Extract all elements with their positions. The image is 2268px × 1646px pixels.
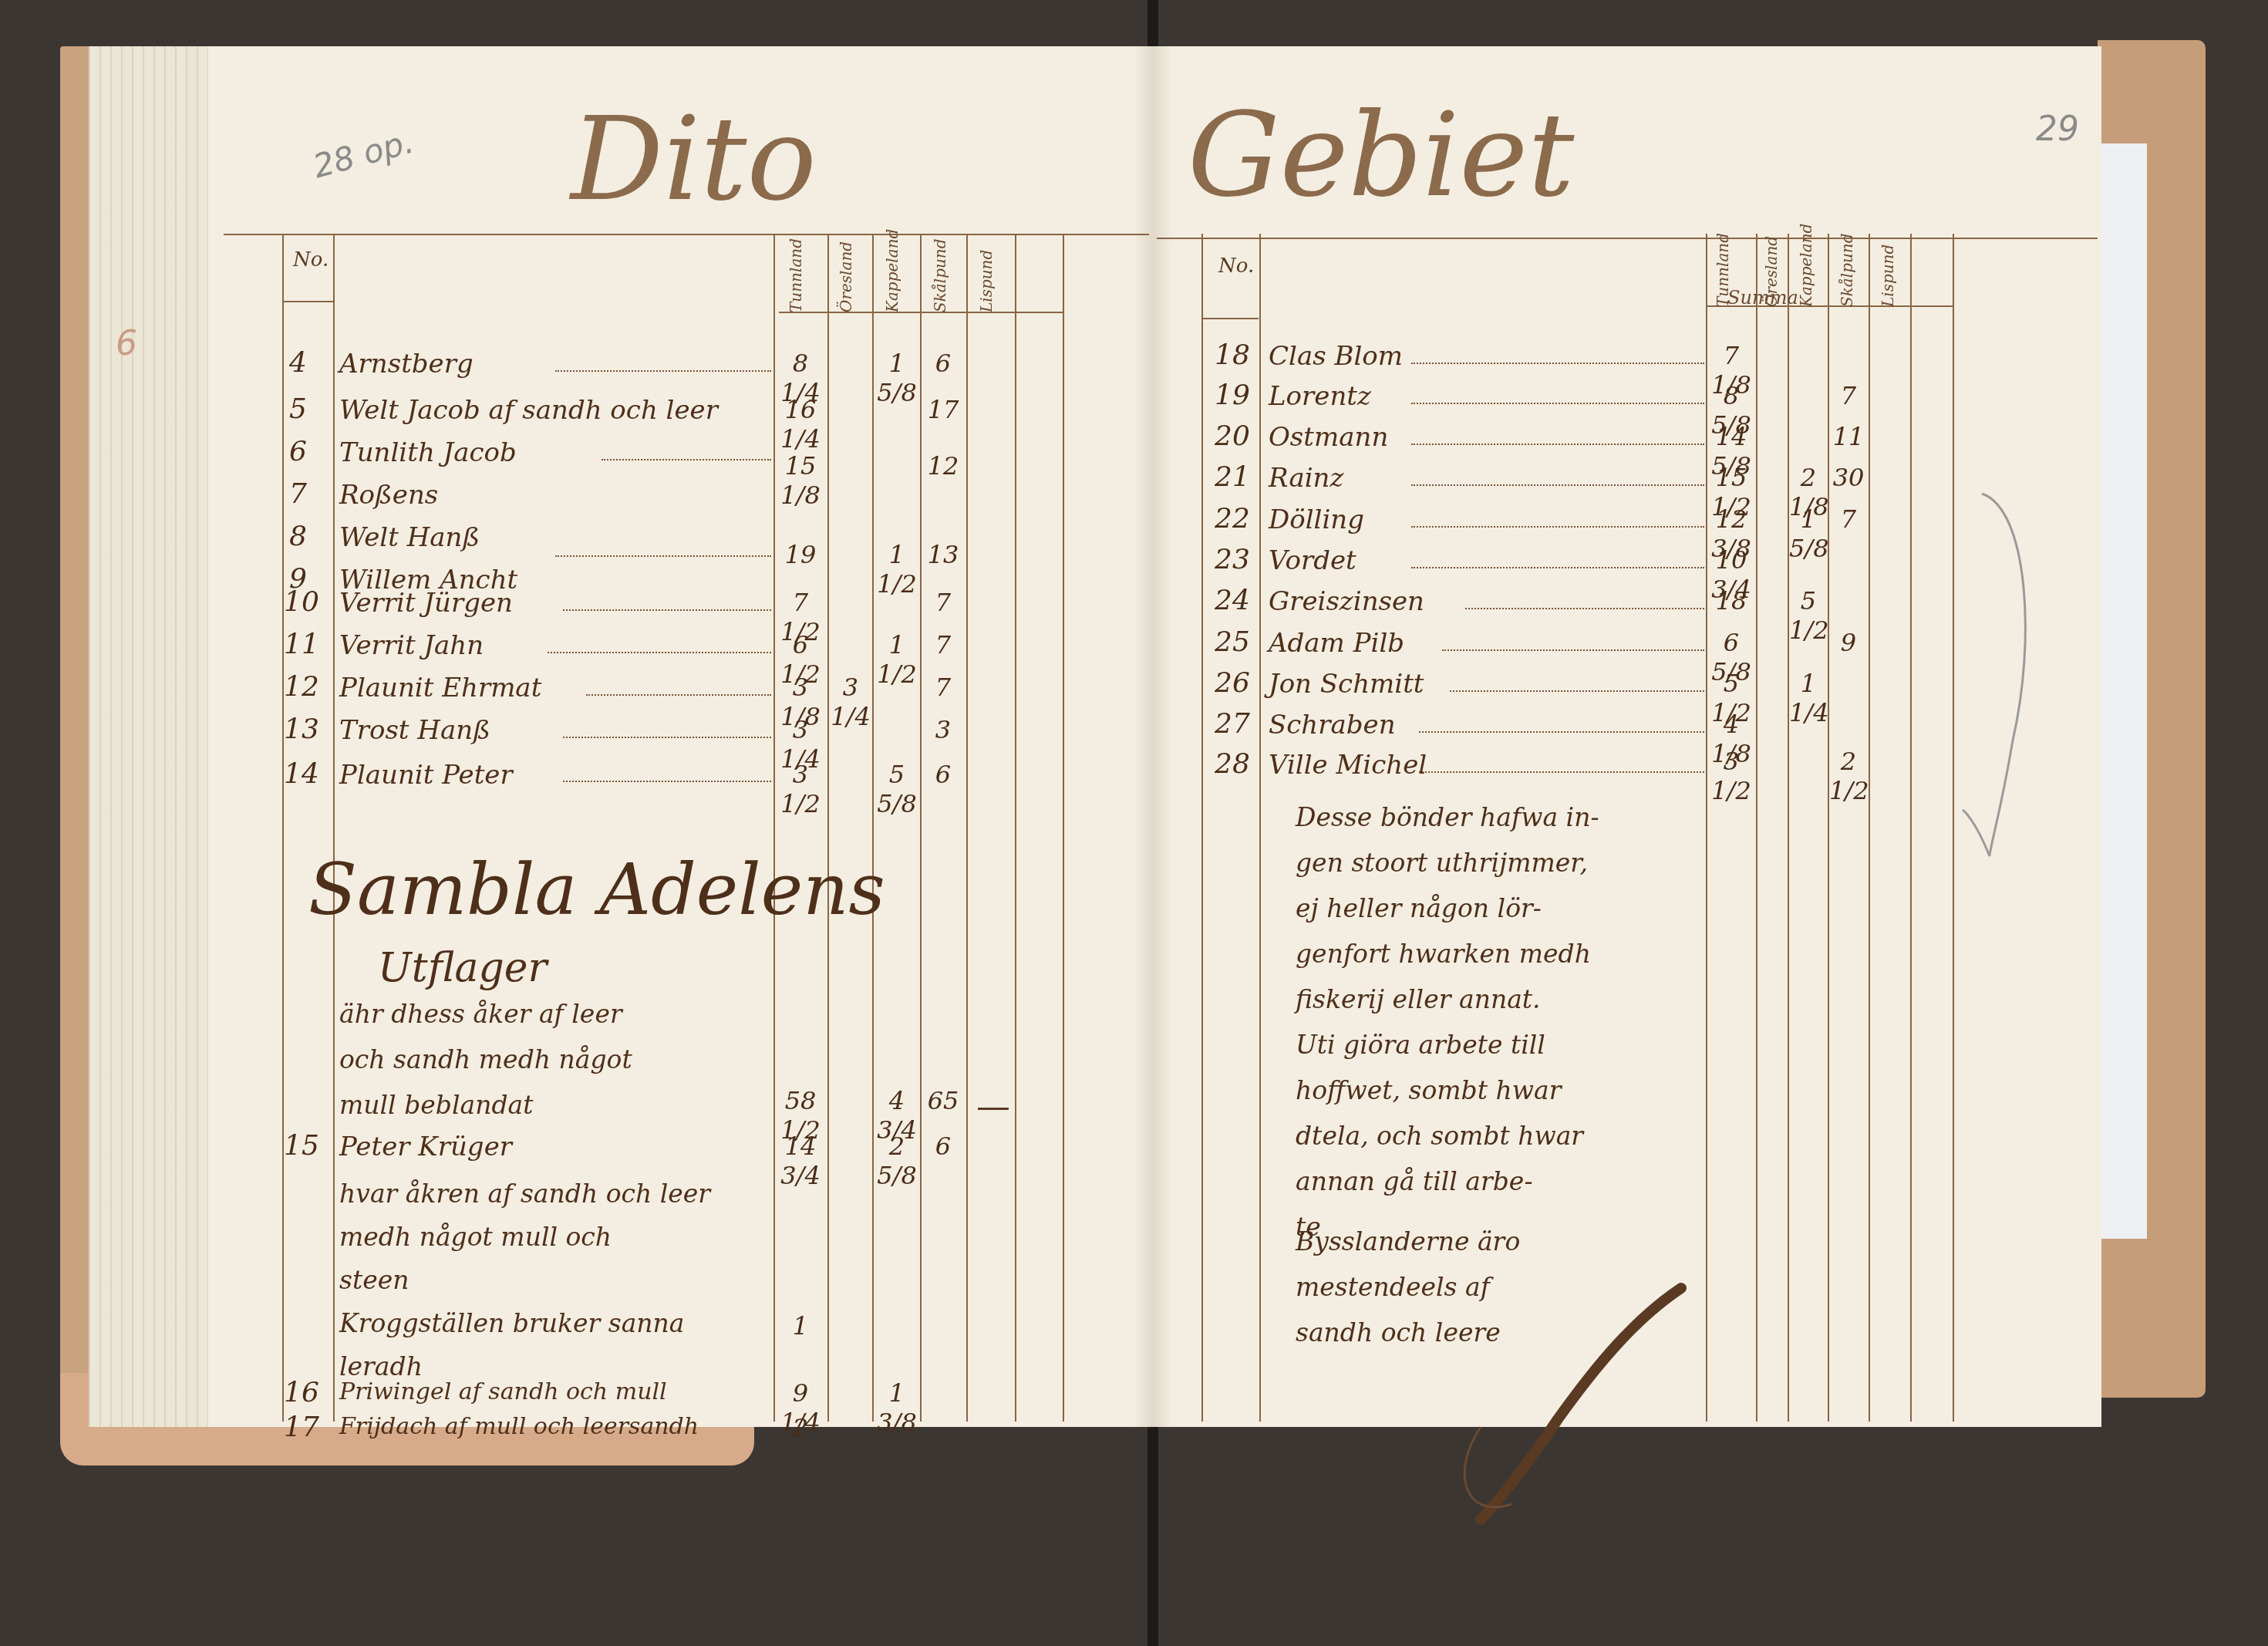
leader-line bbox=[555, 555, 771, 557]
left-col-header: Tunnland bbox=[787, 243, 805, 312]
entry-value: 2 1/2 bbox=[1829, 747, 1868, 805]
entry-name: Welt Jacob af sandh och leer bbox=[339, 395, 718, 426]
entry-value: 1 1/2 bbox=[874, 630, 920, 689]
leader-line bbox=[1419, 771, 1704, 773]
entry-value: 11 bbox=[1829, 422, 1868, 451]
leader-line bbox=[563, 737, 771, 738]
entry-name: Jon Schmitt bbox=[1269, 669, 1424, 700]
entry-number: 21 bbox=[1215, 461, 1250, 493]
entry-value: 6 bbox=[920, 1132, 966, 1161]
leader-line bbox=[1411, 526, 1704, 528]
leader-line bbox=[555, 370, 771, 372]
entry-value: 1 5/8 bbox=[1789, 504, 1828, 563]
entry-number: 22 bbox=[1215, 503, 1250, 535]
entry-name: Clas Blom bbox=[1269, 341, 1403, 372]
entry-name: Tunlith Jacob bbox=[339, 437, 517, 468]
entry-name: Vordet bbox=[1269, 545, 1356, 576]
entry-value: 5 1/2 bbox=[1789, 586, 1828, 645]
left-no-header: No. bbox=[293, 248, 329, 272]
section-total: 65 bbox=[920, 1086, 966, 1115]
entry-number: 6 bbox=[289, 436, 307, 467]
entry-value: 30 bbox=[1829, 463, 1868, 492]
entry-number: 28 bbox=[1215, 748, 1250, 780]
entry-name: Priwingel af sandh och mull bbox=[339, 1378, 667, 1405]
entry-value: 17 bbox=[920, 395, 966, 424]
entry-value: 1 1/4 bbox=[1789, 669, 1828, 727]
entry-value: 2 bbox=[775, 1413, 826, 1442]
entry-note: hvar åkren af sandh och leer medh något … bbox=[339, 1172, 710, 1388]
right-col-divider bbox=[1828, 234, 1829, 1422]
heading-left: Dito bbox=[571, 93, 817, 227]
entry-number: 18 bbox=[1215, 339, 1250, 371]
entry-number: 20 bbox=[1215, 420, 1250, 452]
left-col-header: Kappeland bbox=[883, 243, 901, 312]
left-col-header: Skålpund bbox=[931, 243, 949, 312]
entry-number: 5 bbox=[289, 393, 307, 425]
leader-line bbox=[548, 652, 771, 653]
entry-name: Plaunit Peter bbox=[339, 760, 513, 791]
entry-name: Adam Pilb bbox=[1269, 628, 1404, 659]
entry-name: Schraben bbox=[1269, 710, 1396, 740]
left-col-divider bbox=[872, 234, 874, 1422]
leader-line bbox=[1411, 444, 1704, 445]
page-stack bbox=[89, 46, 220, 1427]
entry-name: Greiszinsen bbox=[1269, 586, 1424, 617]
entry-number: 12 bbox=[284, 671, 319, 703]
left-col-divider bbox=[1015, 234, 1016, 1422]
heading-right: Gebiet bbox=[1188, 89, 1575, 223]
entry-value: 1 3/8 bbox=[874, 1378, 920, 1437]
entry-number: 19 bbox=[1215, 379, 1250, 411]
entry-value: 7 bbox=[1829, 504, 1868, 534]
entry-value: 3 bbox=[920, 715, 966, 744]
entry-number: 4 bbox=[289, 347, 307, 379]
entry-value: 2 5/8 bbox=[874, 1132, 920, 1190]
entry-number: 17 bbox=[284, 1412, 319, 1443]
entry-name: Trost Hanß bbox=[339, 715, 490, 746]
entry-name: Verrit Jahn bbox=[339, 630, 484, 661]
left-subheader-rule bbox=[779, 312, 1064, 313]
entry-number: 14 bbox=[284, 758, 319, 790]
pencil-flourish bbox=[1959, 486, 2051, 887]
right-col-divider bbox=[1788, 234, 1789, 1422]
summa-label: Summa bbox=[1727, 287, 1798, 309]
leader-line bbox=[563, 781, 771, 782]
section-description: ähr dhess åker af leer och sandh medh nå… bbox=[339, 991, 632, 1128]
entry-number: 26 bbox=[1215, 667, 1250, 699]
leader-line bbox=[563, 609, 771, 611]
entry-number: 10 bbox=[284, 586, 319, 618]
entry-name: Roßens bbox=[339, 480, 438, 511]
entry-name: Peter Krüger bbox=[339, 1132, 512, 1162]
right-col-divider bbox=[1910, 234, 1912, 1422]
leader-line bbox=[1411, 567, 1704, 568]
entry-name: Frijdach af mull och leersandh bbox=[339, 1413, 699, 1440]
left-col-header: Öresland bbox=[837, 243, 855, 312]
entry-value: 7 bbox=[920, 630, 966, 659]
entry-number: 24 bbox=[1215, 585, 1250, 616]
entry-value: 19 bbox=[775, 540, 826, 569]
leader-line bbox=[586, 694, 771, 696]
right-no-rule bbox=[1203, 318, 1259, 319]
entry-number: 15 bbox=[284, 1130, 319, 1162]
entry-number: 23 bbox=[1215, 544, 1250, 575]
right-col-divider bbox=[1259, 234, 1261, 1422]
entry-value: 9 bbox=[1829, 628, 1868, 657]
entry-number: 13 bbox=[284, 713, 319, 745]
leader-line bbox=[602, 459, 771, 460]
entry-value: 5 5/8 bbox=[874, 760, 920, 818]
entry-value: 7 bbox=[1829, 381, 1868, 410]
entry-value: 1 1/2 bbox=[874, 540, 920, 599]
entry-number: 8 bbox=[289, 521, 307, 552]
section-title: Sambla Adelens bbox=[308, 848, 885, 931]
entry-name: Ville Michel bbox=[1269, 750, 1427, 781]
leader-line bbox=[1450, 690, 1704, 692]
entry-value: 3 1/4 bbox=[829, 673, 872, 731]
leader-line bbox=[1465, 608, 1704, 609]
right-col-divider bbox=[1869, 234, 1870, 1422]
right-no-header: No. bbox=[1218, 255, 1254, 278]
entry-name: Dölling bbox=[1269, 504, 1364, 535]
left-col-divider bbox=[333, 234, 335, 1422]
left-col-divider bbox=[966, 234, 968, 1422]
notes-paragraph: Desse bönder hafwa in- gen stoort uthrij… bbox=[1296, 794, 1599, 1250]
entry-value: 6 bbox=[920, 760, 966, 789]
right-col-divider bbox=[1201, 234, 1203, 1422]
entry-name: Welt Hanß bbox=[339, 522, 480, 553]
right-header-rule bbox=[1157, 238, 2098, 239]
entry-value: 16 1/4 bbox=[775, 395, 826, 454]
entry-value: 3 1/2 bbox=[775, 760, 826, 818]
entry-name: Lorentz bbox=[1269, 381, 1371, 412]
left-col-divider bbox=[282, 234, 284, 1422]
entry-value: 7 bbox=[920, 588, 966, 617]
right-col-header: Kappeland bbox=[1797, 245, 1815, 307]
pencil-folio-right: 29 bbox=[2036, 110, 2079, 149]
entry-value: 7 bbox=[920, 673, 966, 702]
paper-slip bbox=[2099, 143, 2147, 1239]
entry-value: 12 bbox=[920, 451, 966, 481]
entry-value: 6 bbox=[920, 349, 966, 378]
pencil-margin-number: 6 bbox=[116, 324, 137, 363]
entry-name: Rainz bbox=[1269, 463, 1343, 494]
book-spine bbox=[1147, 0, 1158, 46]
right-col-header: Lispund bbox=[1879, 245, 1897, 307]
leader-line bbox=[1419, 731, 1704, 733]
left-col-header: Lispund bbox=[977, 243, 996, 312]
leader-line bbox=[1411, 484, 1704, 486]
gutter-shadow bbox=[1134, 46, 1172, 1427]
entry-value: 13 bbox=[920, 540, 966, 569]
entry-name: Ostmann bbox=[1269, 422, 1388, 453]
book-spine-bottom bbox=[1147, 1427, 1158, 1646]
closing-flourish bbox=[1404, 1273, 1712, 1527]
left-no-rule bbox=[284, 301, 333, 302]
left-header-rule bbox=[224, 234, 1149, 235]
entry-number: 25 bbox=[1215, 626, 1250, 658]
entry-subvalue: 1 bbox=[775, 1311, 826, 1341]
entry-number: 27 bbox=[1215, 708, 1250, 740]
entry-value: 14 3/4 bbox=[775, 1132, 826, 1190]
right-col-divider bbox=[1756, 234, 1757, 1422]
entry-number: 16 bbox=[284, 1377, 319, 1408]
leader-line bbox=[1411, 403, 1704, 404]
entry-value: 18 bbox=[1707, 586, 1755, 616]
entry-number: 11 bbox=[284, 629, 319, 660]
entry-name: Verrit Jürgen bbox=[339, 588, 513, 619]
entry-value: 3 1/2 bbox=[1707, 747, 1755, 805]
section-subtitle: Utflager bbox=[378, 945, 547, 991]
section-total-dash bbox=[978, 1108, 1009, 1110]
right-col-header: Skålpund bbox=[1838, 245, 1856, 307]
left-col-divider bbox=[827, 234, 829, 1422]
entry-name: Plaunit Ehrmat bbox=[339, 673, 541, 703]
leader-line bbox=[1442, 649, 1704, 651]
right-col-divider bbox=[1953, 234, 1954, 1422]
left-col-divider bbox=[1063, 234, 1064, 1422]
leader-line bbox=[1411, 363, 1704, 364]
entry-number: 7 bbox=[289, 478, 307, 510]
entry-value: 1 5/8 bbox=[874, 349, 920, 407]
entry-name: Arnstberg bbox=[339, 349, 473, 379]
entry-value: 15 1/8 bbox=[775, 451, 826, 510]
